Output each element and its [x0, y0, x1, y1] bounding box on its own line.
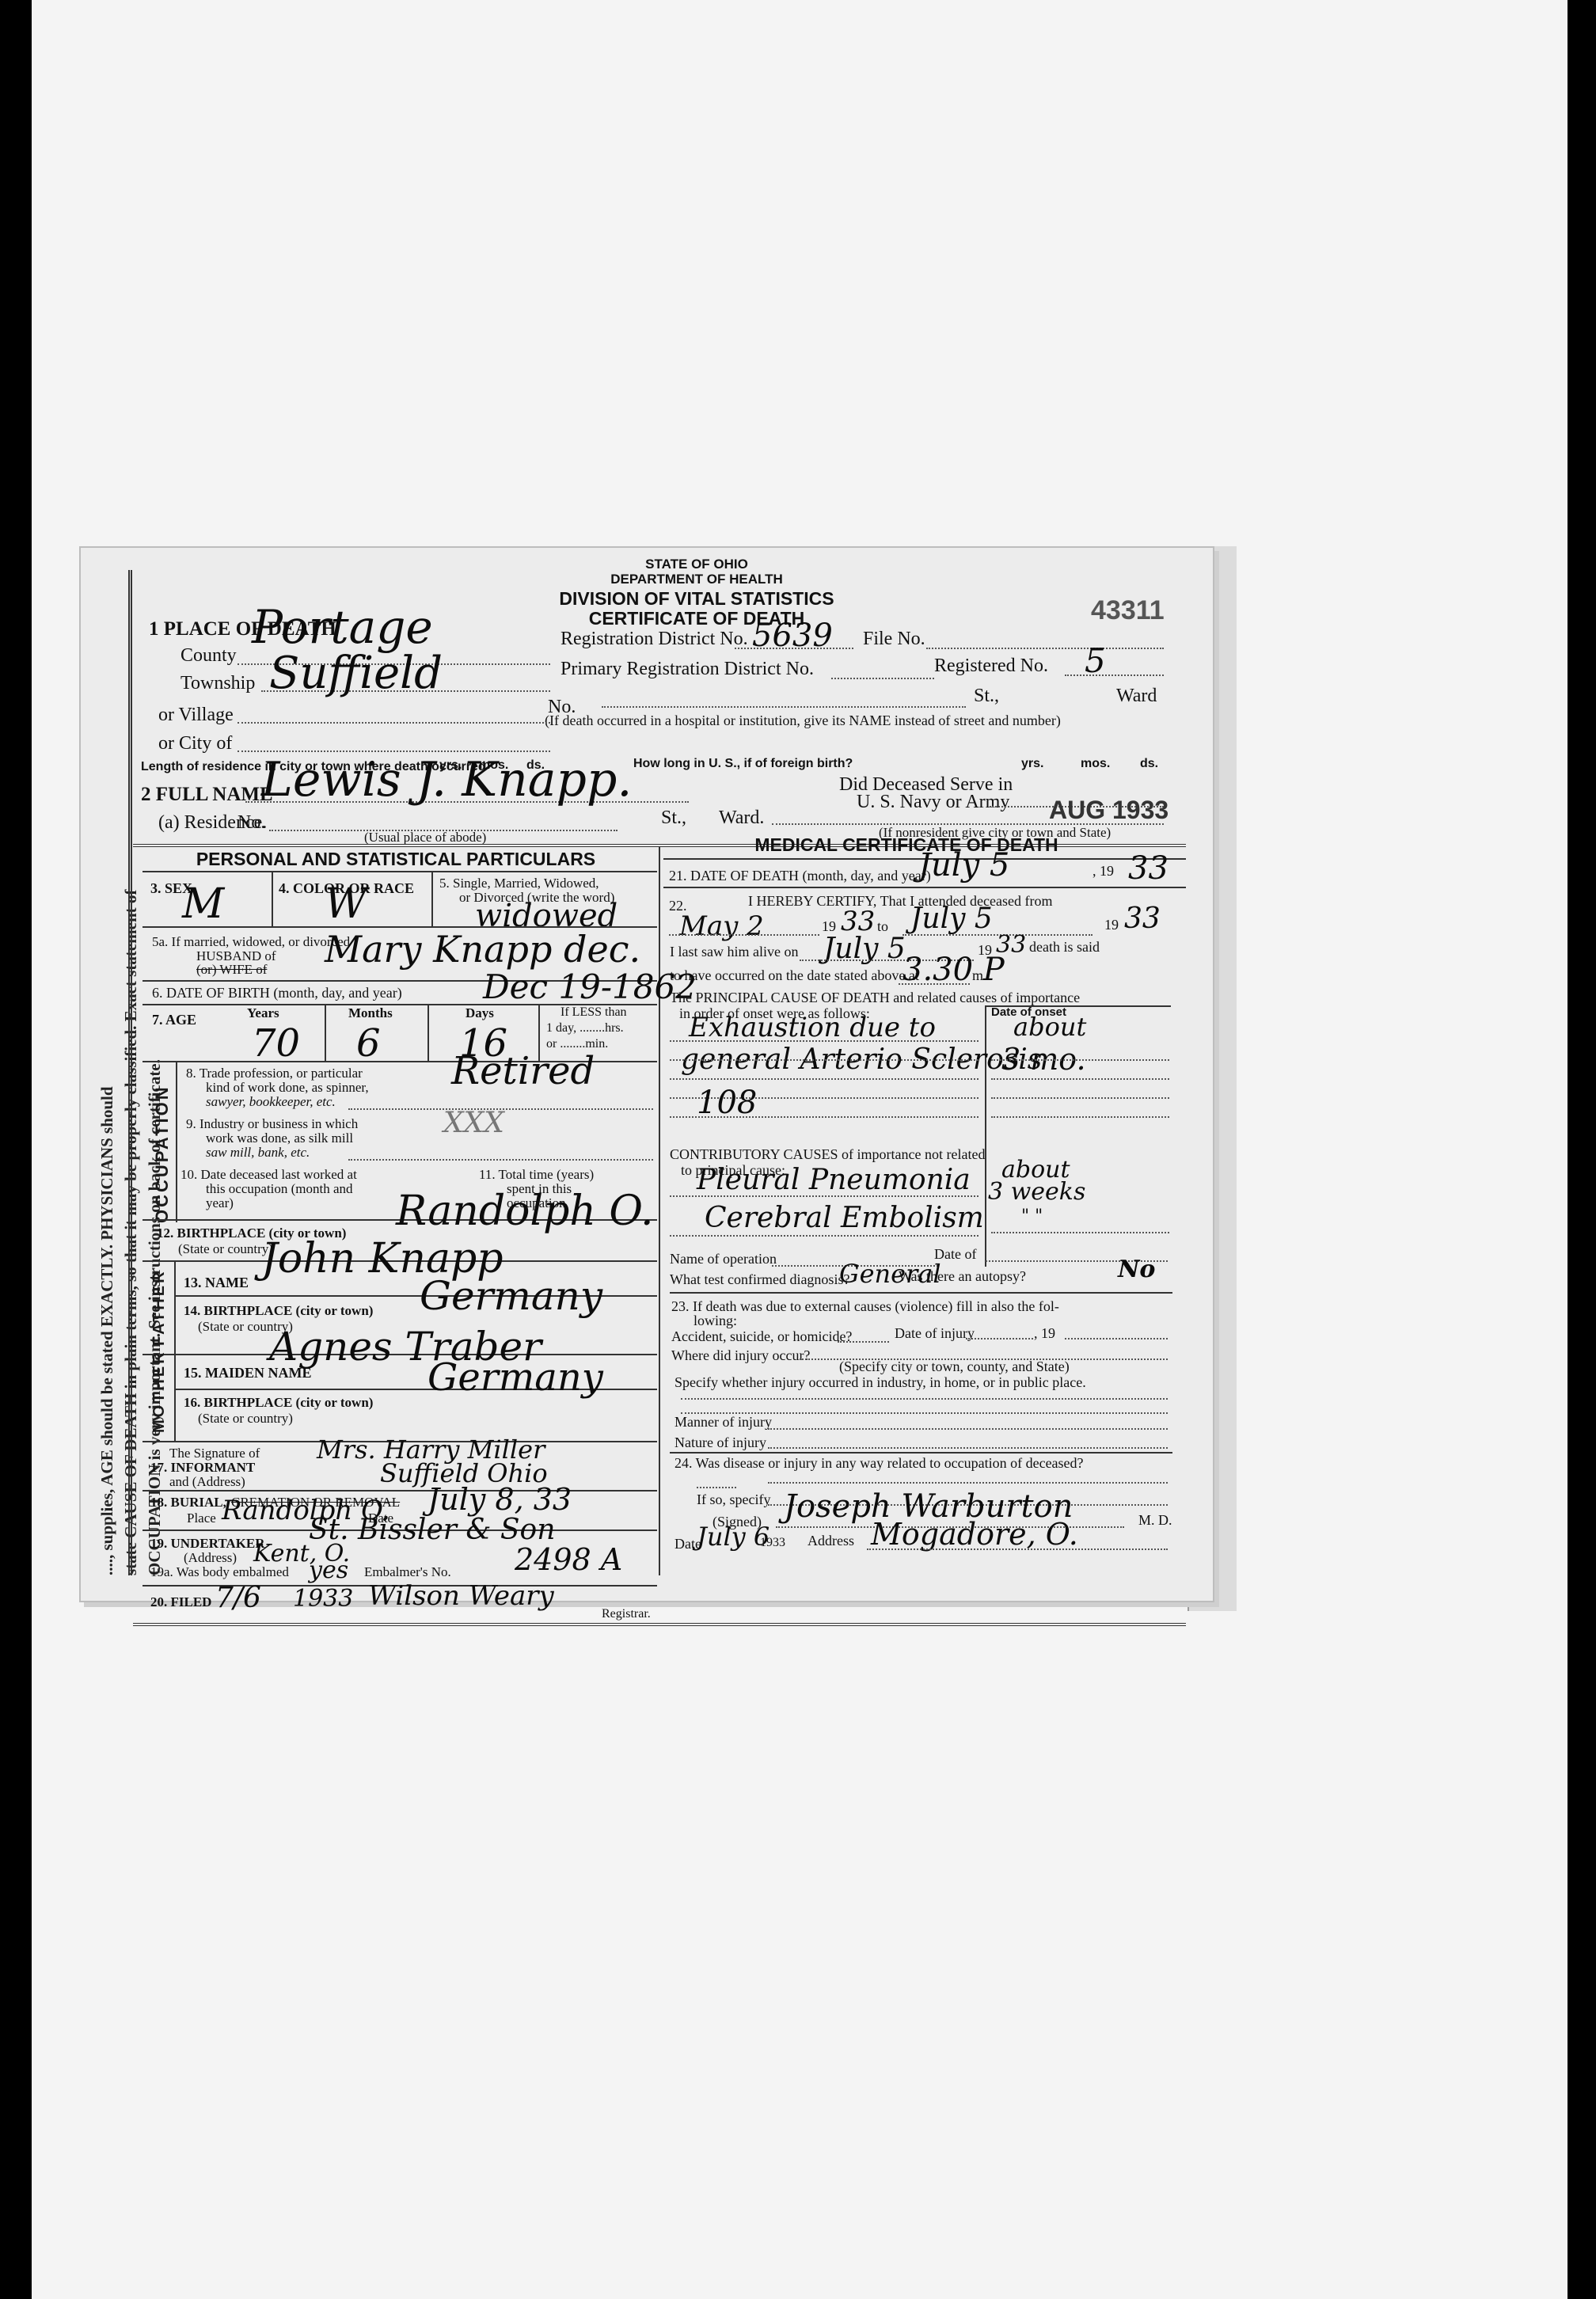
- industry-label-3: saw mill, bank, etc.: [206, 1145, 310, 1161]
- accident-label: Accident, suicide, or homicide?: [671, 1328, 852, 1345]
- header-division: DIVISION OF VITAL STATISTICS: [499, 588, 895, 610]
- birthplace-label-2: (State or country): [178, 1241, 273, 1257]
- external-label-2: lowing:: [693, 1313, 737, 1329]
- spouse-value: Mary Knapp dec.: [325, 928, 640, 971]
- death-said-label: death is said: [1029, 939, 1100, 956]
- address-label: Address: [807, 1533, 854, 1549]
- film-border: [0, 0, 32, 2299]
- principal-cause-1: Exhaustion due to: [689, 1012, 936, 1043]
- occupation-related-label: 24. Was disease or injury in any way rel…: [674, 1455, 1084, 1472]
- hospital-note: (If death occurred in a hospital or inst…: [545, 712, 1061, 729]
- served-label-2: U. S. Navy or Army: [857, 792, 1009, 813]
- signed-date-year: 1933: [760, 1536, 785, 1550]
- contributory-label-1: CONTRIBUTORY CAUSES of importance not re…: [670, 1146, 985, 1163]
- page-title: CERTIFICATE OF DEATH: [499, 608, 895, 629]
- father-side-label: FATHER: [150, 1269, 169, 1346]
- registrar-label: Registrar.: [602, 1607, 651, 1621]
- age-years-label: Years: [247, 1005, 279, 1021]
- foreign-yrs-label: yrs.: [1021, 757, 1043, 771]
- trade-label-2: kind of work done, as spinner,: [206, 1080, 369, 1096]
- dod-year-prefix: , 19: [1092, 863, 1114, 880]
- where-label: Where did injury occur?: [671, 1347, 810, 1364]
- time-suffix: m.: [972, 967, 987, 984]
- burial-place-label: Place: [187, 1510, 216, 1526]
- dod-label: 21. DATE OF DEATH (month, day, and year): [669, 868, 931, 884]
- registered-number-label: Registered No.: [934, 655, 1048, 677]
- md-label: M. D.: [1138, 1512, 1172, 1529]
- industry-value: XXX: [443, 1107, 504, 1139]
- medical-heading: MEDICAL CERTIFICATE OF DEATH: [665, 834, 1148, 856]
- abode-note: (Usual place of abode): [364, 830, 486, 845]
- village-label: or Village: [158, 705, 234, 726]
- spouse-label-1: 5a. If married, widowed, or divorced: [152, 934, 350, 950]
- filed-year: 1933: [293, 1585, 353, 1613]
- autopsy-label: Was there an autopsy?: [899, 1268, 1026, 1285]
- dob-label: 6. DATE OF BIRTH (month, day, and year): [152, 985, 402, 1001]
- occurred-label: to have occurred on the date stated abov…: [670, 967, 919, 984]
- last-worked-label-1: 10. Date deceased last worked at: [180, 1167, 357, 1183]
- registered-number-value: 5: [1085, 641, 1106, 680]
- father-birthplace-value: Germany: [420, 1273, 602, 1319]
- dob-value: Dec 19-1862: [483, 967, 697, 1006]
- test-label: What test confirmed diagnosis?: [670, 1271, 849, 1288]
- informant-label: 17. INFORMANT: [150, 1460, 255, 1476]
- spouse-label-3: (or) WIFE of: [196, 962, 267, 978]
- foreign-birth-label: How long in U. S., if of foreign birth?: [633, 757, 853, 771]
- injury-date-label: Date of injury: [895, 1325, 975, 1342]
- mother-birthplace-value: Germany: [427, 1355, 603, 1400]
- race-value: W: [325, 880, 367, 928]
- injury-year-prefix: , 19: [1034, 1325, 1055, 1342]
- father-name-label: 13. NAME: [184, 1275, 249, 1291]
- dod-year: 33: [1128, 850, 1168, 887]
- registrar-signature: Wilson Weary: [368, 1580, 554, 1612]
- mother-birthplace-label-1: 16. BIRTHPLACE (city or town): [184, 1395, 373, 1411]
- burial-label: 18. BURIAL,: [150, 1495, 226, 1510]
- attended-from: May 2: [679, 910, 764, 942]
- city-label: or City of: [158, 733, 232, 754]
- trade-label-1: 8. Trade profession, or particular: [186, 1066, 363, 1081]
- header-state: STATE OF OHIO: [499, 557, 895, 572]
- township-value: Suffield: [269, 648, 443, 699]
- residence-ward-label: Ward.: [719, 807, 764, 829]
- father-birthplace-label-1: 14. BIRTHPLACE (city or town): [184, 1303, 373, 1319]
- undertaker-address-label: (Address): [184, 1550, 237, 1566]
- contributory-onset-b: 3 weeks: [988, 1178, 1085, 1206]
- age-months-label: Months: [348, 1005, 393, 1021]
- attended-to: July 5: [910, 902, 993, 935]
- contributory-cause-2: Cerebral Embolism: [705, 1202, 984, 1234]
- onset-1a: about: [1013, 1012, 1086, 1042]
- signed-date-value: July 6: [697, 1522, 769, 1552]
- header-department: DEPARTMENT OF HEALTH: [499, 572, 895, 587]
- informant-sig-label: The Signature of: [169, 1446, 260, 1461]
- dod-value: July 5: [918, 847, 1009, 883]
- foreign-mos-label: mos.: [1081, 757, 1110, 771]
- trade-label-3: sawyer, bookkeeper, etc.: [206, 1094, 336, 1110]
- coding-mark: 108: [697, 1085, 757, 1121]
- birthplace-value: Randolph O.: [396, 1187, 653, 1235]
- received-date-stamp: AUG 1933: [1049, 796, 1168, 825]
- cause-label-1: The PRINCIPAL CAUSE OF DEATH and related…: [670, 990, 1080, 1006]
- attended-to-year: 33: [1124, 902, 1161, 935]
- manner-label: Manner of injury: [674, 1414, 772, 1431]
- less-than-label-2: 1 day, ........hrs.: [546, 1021, 624, 1035]
- margin-line-1: ...., supplies, AGE should be stated EXA…: [95, 578, 119, 1575]
- filed-label: 20. FILED: [150, 1594, 211, 1610]
- residence-no-label: No.: [237, 812, 265, 834]
- operation-label: Name of operation: [670, 1251, 777, 1267]
- age-label: 7. AGE: [152, 1012, 196, 1028]
- last-worked-label-2: this occupation (month and: [206, 1181, 353, 1197]
- county-value: Portage: [252, 600, 433, 654]
- sex-value: M: [182, 880, 224, 928]
- industry-label-2: work was done, as silk mill: [206, 1130, 353, 1146]
- personal-heading: PERSONAL AND STATISTICAL PARTICULARS: [135, 849, 657, 870]
- file-number-stamp: 43311: [1091, 595, 1165, 626]
- full-name-value: Lewis J. Knapp.: [261, 752, 632, 807]
- mother-side-label: MOTHER: [150, 1350, 169, 1433]
- foreign-ds-label: ds.: [1140, 757, 1158, 771]
- embalmer-number-label: Embalmer's No.: [364, 1564, 451, 1580]
- trade-value: Retired: [451, 1049, 595, 1093]
- age-days-label: Days: [465, 1005, 494, 1021]
- registration-district-label: Registration District No.: [560, 629, 748, 650]
- physician-address: Mogadore, O.: [871, 1517, 1078, 1552]
- primary-district-label: Primary Registration District No.: [560, 659, 814, 680]
- embalmed-value: yes: [309, 1556, 348, 1584]
- contributory-cause-1: Pleural Pneumonia: [697, 1164, 971, 1196]
- county-label: County: [180, 645, 237, 667]
- to-year-prefix: 19: [1104, 917, 1119, 933]
- where-note: (Specify city or town, county, and State…: [839, 1358, 1070, 1375]
- occupation-side-label: OCCUPATION: [152, 1085, 173, 1223]
- filed-value: 7/6: [215, 1582, 261, 1614]
- if-so-label: If so, specify: [697, 1491, 770, 1508]
- embalmed-label: 19a. Was body embalmed: [150, 1564, 289, 1580]
- hospital-ward-label: Ward: [1116, 686, 1157, 707]
- contributory-onset-c: " ": [1021, 1206, 1043, 1226]
- registration-district-value: 5639: [752, 617, 833, 654]
- embalmer-number-value: 2498 A: [515, 1542, 622, 1577]
- nature-label: Nature of injury: [674, 1434, 766, 1451]
- age-years-value: 70: [252, 1021, 300, 1066]
- specify-label: Specify whether injury occurred in indus…: [674, 1374, 1086, 1391]
- undertaker-label: 19. UNDERTAKER: [150, 1536, 265, 1552]
- hospital-st-label: St.,: [974, 686, 999, 707]
- mother-birthplace-label-2: (State or country): [198, 1411, 293, 1427]
- total-time-label-1: 11. Total time (years): [479, 1167, 594, 1183]
- marital-label-1: 5. Single, Married, Widowed,: [439, 876, 599, 891]
- certify-label: I HEREBY CERTIFY, That I attended deceas…: [748, 893, 1053, 910]
- less-than-label-1: If LESS than: [560, 1005, 627, 1020]
- last-worked-label-3: year): [206, 1195, 234, 1211]
- industry-label-1: 9. Industry or business in which: [186, 1116, 358, 1132]
- burial-date-value: July 8, 33: [427, 1482, 572, 1517]
- age-months-value: 6: [356, 1021, 381, 1066]
- file-number-label: File No.: [863, 629, 925, 650]
- township-label: Township: [180, 673, 255, 694]
- residence-st-label: St.,: [661, 807, 686, 829]
- informant-address-label: and (Address): [169, 1474, 245, 1490]
- last-saw-label: I last saw him alive on: [670, 944, 798, 960]
- autopsy-value: No: [1118, 1256, 1155, 1283]
